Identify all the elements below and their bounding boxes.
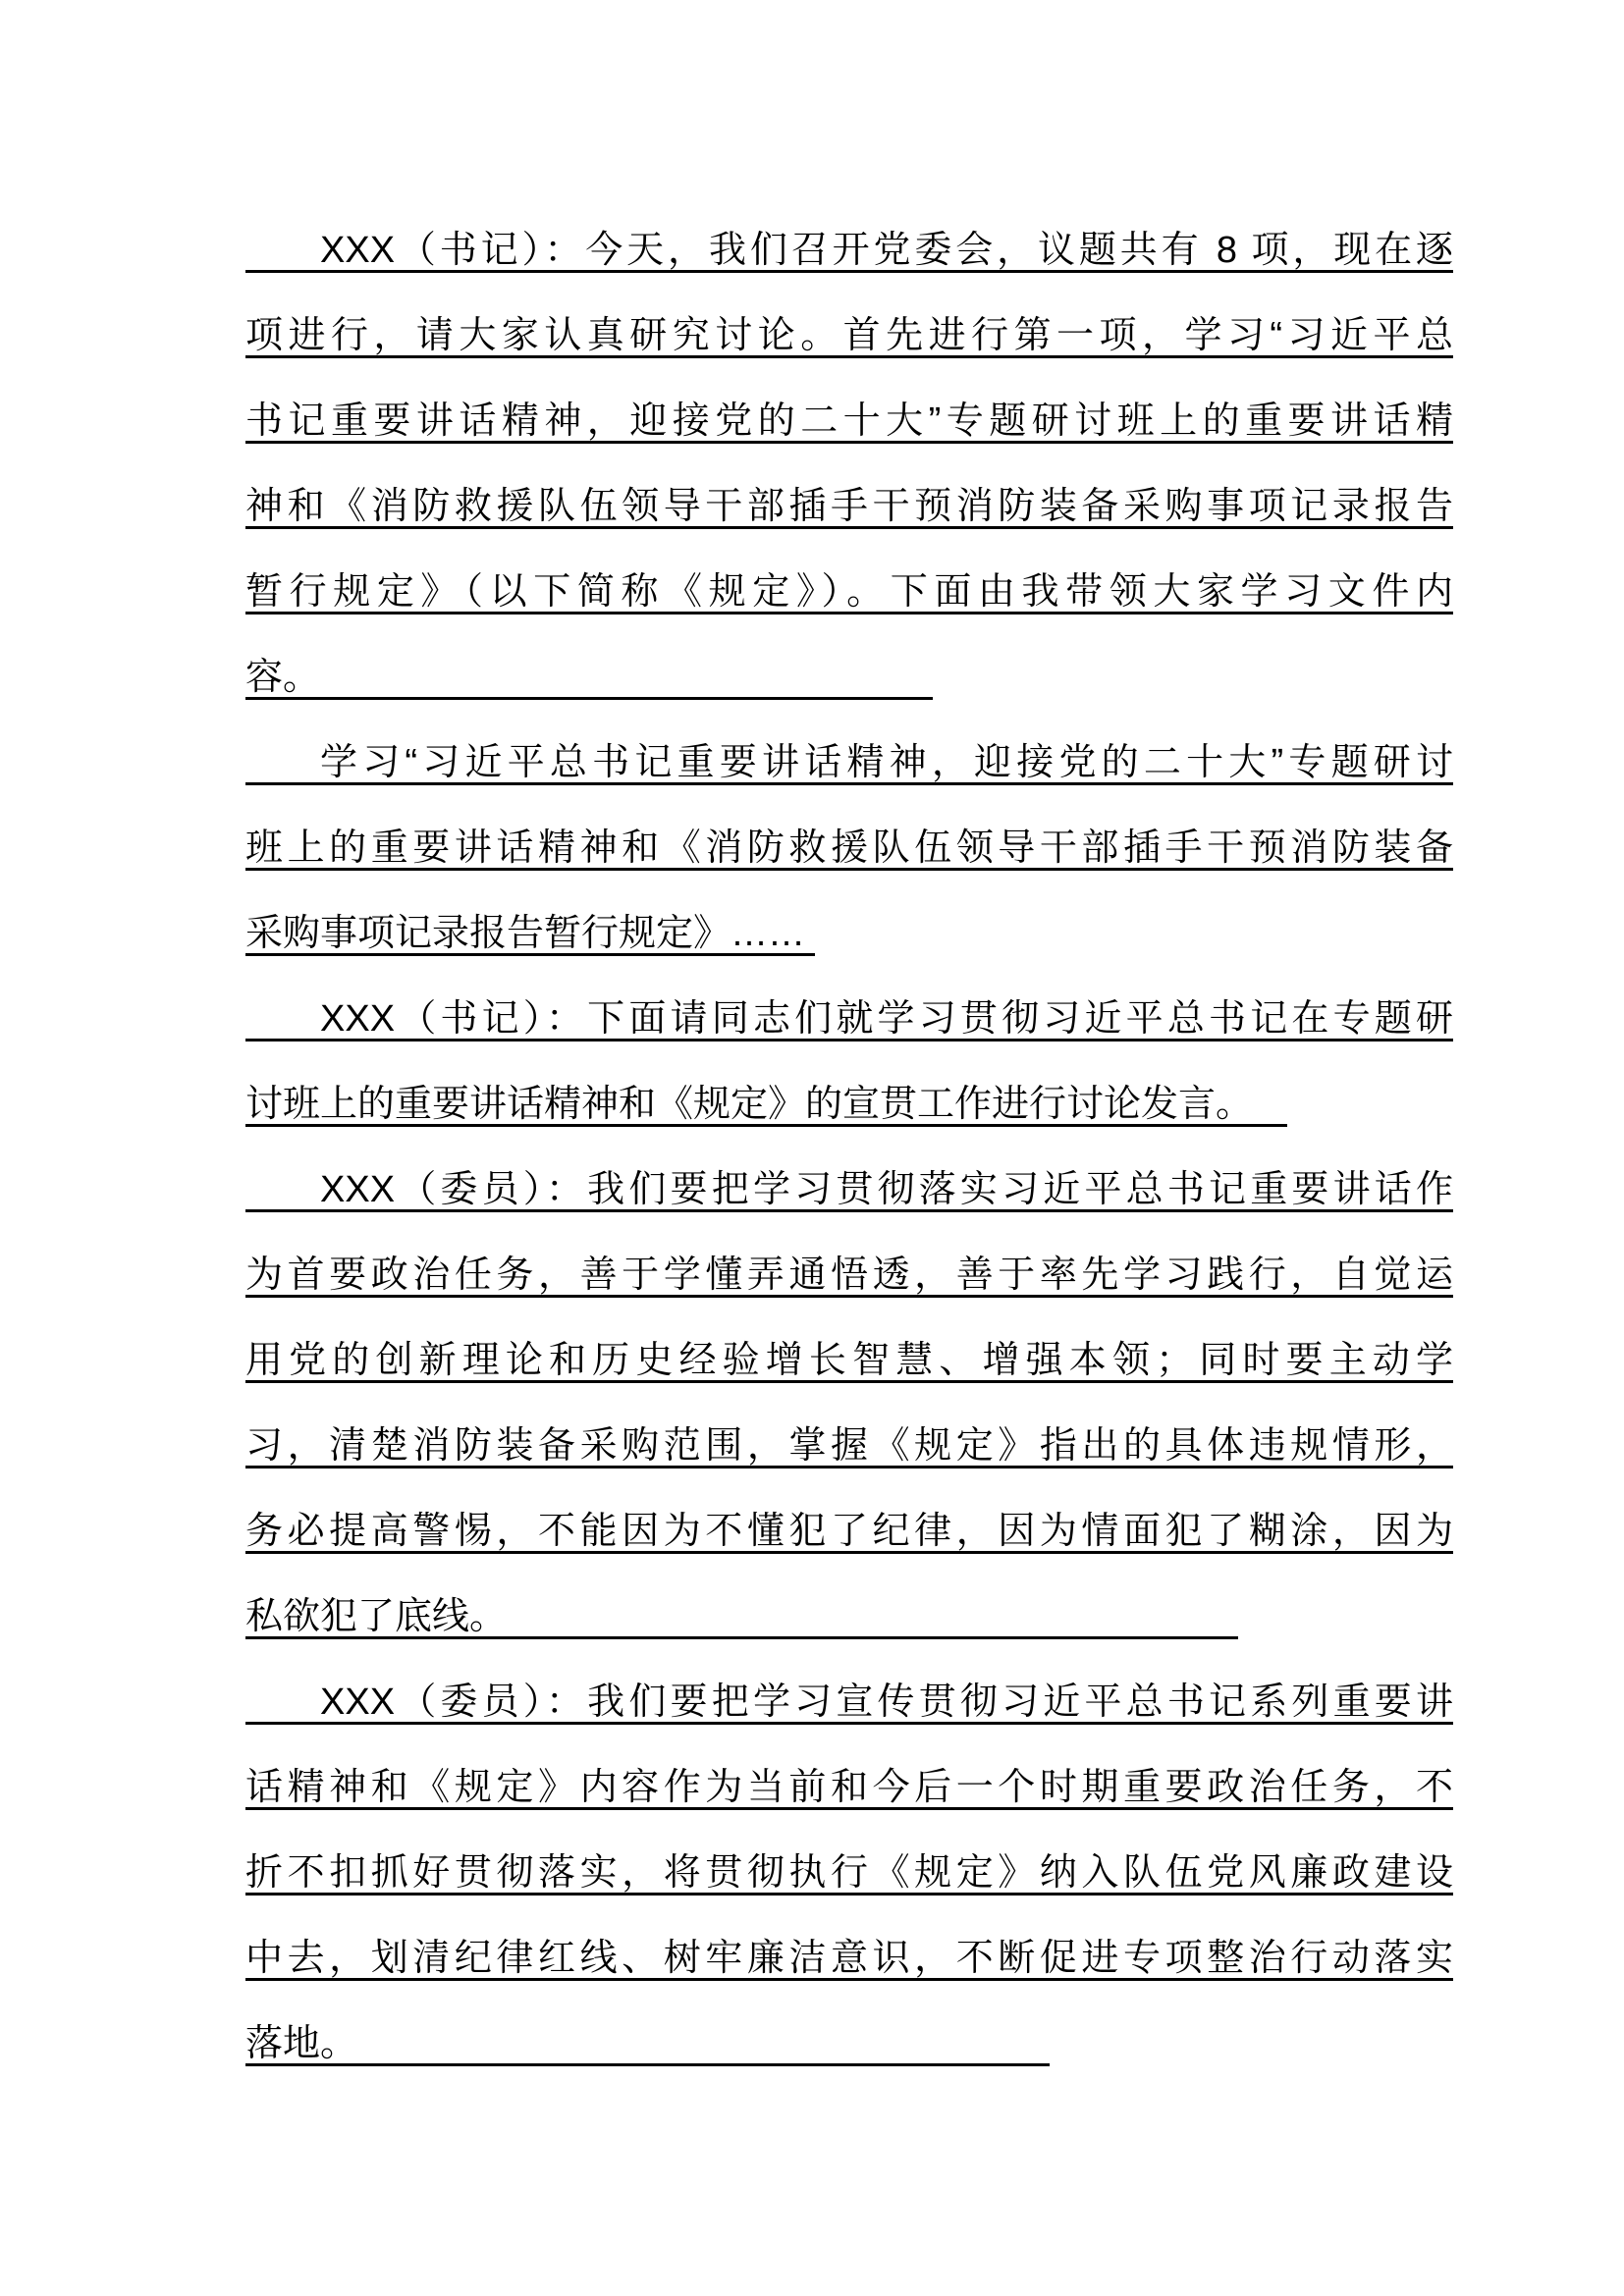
line-text: 话精神和《规定》内容作为当前和今后一个时期重要政治任务，不 <box>245 1745 1453 1831</box>
line-text: 中去，划清纪律红线、树牢廉洁意识，不断促进专项整治行动落实 <box>245 1916 1453 2002</box>
line-text: XXX（书记）：今天，我们召开党委会，议题共有 8 项，现在逐 <box>320 208 1453 294</box>
document-line: 折不扣抓好贯彻落实，将贯彻执行《规定》纳入队伍党风廉政建设 <box>245 1831 1453 1916</box>
document-line: 为首要政治任务，善于学懂弄通悟透，善于率先学习践行，自觉运 <box>245 1233 1453 1318</box>
document-line: 采购事项记录报告暂行规定》…… <box>245 891 1453 977</box>
line-text: 书记重要讲话精神，迎接党的二十大”专题研讨班上的重要讲话精 <box>245 379 1453 464</box>
document-line: 神和《消防救援队伍领导干部插手干预消防装备采购事项记录报告 <box>245 464 1453 550</box>
document-line: 中去，划清纪律红线、树牢廉洁意识，不断促进专项整治行动落实 <box>245 1916 1453 2002</box>
trailing-underline <box>1253 1062 1287 1127</box>
document-line: 习，清楚消防装备采购范围，掌握《规定》指出的具体违规情形， <box>245 1404 1453 1489</box>
first-line-indent-underline <box>245 208 320 273</box>
document-page: XXX（书记）：今天，我们召开党委会，议题共有 8 项，现在逐项进行，请大家认真… <box>0 0 1624 2296</box>
document-line: 学习“习近平总书记重要讲话精神，迎接党的二十大”专题研讨 <box>245 721 1453 806</box>
line-text: 落地。 <box>245 2002 357 2087</box>
document-line: XXX（委员）：我们要把学习宣传贯彻习近平总书记系列重要讲 <box>245 1660 1453 1745</box>
trailing-underline <box>507 1575 1238 1639</box>
document-line: XXX（委员）：我们要把学习贯彻落实习近平总书记重要讲话作 <box>245 1148 1453 1233</box>
line-text: 神和《消防救援队伍领导干部插手干预消防装备采购事项记录报告 <box>245 464 1453 550</box>
line-text: 学习“习近平总书记重要讲话精神，迎接党的二十大”专题研讨 <box>320 721 1453 806</box>
line-text: 暂行规定》（以下简称《规定》）。下面由我带领大家学习文件内 <box>245 550 1453 635</box>
document-line: 落地。 <box>245 2002 1453 2087</box>
first-line-indent-underline <box>245 1148 320 1212</box>
line-text: 习，清楚消防装备采购范围，掌握《规定》指出的具体违规情形， <box>245 1404 1453 1489</box>
trailing-underline <box>320 635 933 700</box>
line-text: 为首要政治任务，善于学懂弄通悟透，善于率先学习践行，自觉运 <box>245 1233 1453 1318</box>
document-line: 用党的创新理论和历史经验增长智慧、增强本领；同时要主动学 <box>245 1318 1453 1404</box>
document-line: 私欲犯了底线。 <box>245 1575 1453 1660</box>
first-line-indent-underline <box>245 1660 320 1725</box>
line-text: 私欲犯了底线。 <box>245 1575 507 1660</box>
document-line: 暂行规定》（以下简称《规定》）。下面由我带领大家学习文件内 <box>245 550 1453 635</box>
first-line-indent-underline <box>245 721 320 785</box>
trailing-underline <box>805 891 815 956</box>
line-text: 采购事项记录报告暂行规定》…… <box>245 891 805 977</box>
line-text: XXX（委员）：我们要把学习宣传贯彻习近平总书记系列重要讲 <box>320 1660 1453 1745</box>
line-text: 用党的创新理论和历史经验增长智慧、增强本领；同时要主动学 <box>245 1318 1453 1404</box>
document-line: 班上的重要讲话精神和《消防救援队伍领导干部插手干预消防装备 <box>245 806 1453 891</box>
line-text: XXX（书记）：下面请同志们就学习贯彻习近平总书记在专题研 <box>320 977 1453 1062</box>
line-text: XXX（委员）：我们要把学习贯彻落实习近平总书记重要讲话作 <box>320 1148 1453 1233</box>
line-text: 容。 <box>245 635 320 721</box>
first-line-indent-underline <box>245 977 320 1041</box>
document-line: XXX（书记）：下面请同志们就学习贯彻习近平总书记在专题研 <box>245 977 1453 1062</box>
document-line: XXX（书记）：今天，我们召开党委会，议题共有 8 项，现在逐 <box>245 208 1453 294</box>
line-text: 折不扣抓好贯彻落实，将贯彻执行《规定》纳入队伍党风廉政建设 <box>245 1831 1453 1916</box>
line-text: 讨班上的重要讲话精神和《规定》的宣贯工作进行讨论发言。 <box>245 1062 1253 1148</box>
document-line: 容。 <box>245 635 1453 721</box>
document-line: 话精神和《规定》内容作为当前和今后一个时期重要政治任务，不 <box>245 1745 1453 1831</box>
document-line: 项进行，请大家认真研究讨论。首先进行第一项，学习“习近平总 <box>245 294 1453 379</box>
line-text: 班上的重要讲话精神和《消防救援队伍领导干部插手干预消防装备 <box>245 806 1453 891</box>
document-line: 务必提高警惕，不能因为不懂犯了纪律，因为情面犯了糊涂，因为 <box>245 1489 1453 1575</box>
document-line: 讨班上的重要讲话精神和《规定》的宣贯工作进行讨论发言。 <box>245 1062 1453 1148</box>
line-text: 务必提高警惕，不能因为不懂犯了纪律，因为情面犯了糊涂，因为 <box>245 1489 1453 1575</box>
document-body: XXX（书记）：今天，我们召开党委会，议题共有 8 项，现在逐项进行，请大家认真… <box>245 208 1453 2087</box>
trailing-underline <box>357 2002 1050 2066</box>
line-text: 项进行，请大家认真研究讨论。首先进行第一项，学习“习近平总 <box>245 294 1453 379</box>
document-line: 书记重要讲话精神，迎接党的二十大”专题研讨班上的重要讲话精 <box>245 379 1453 464</box>
